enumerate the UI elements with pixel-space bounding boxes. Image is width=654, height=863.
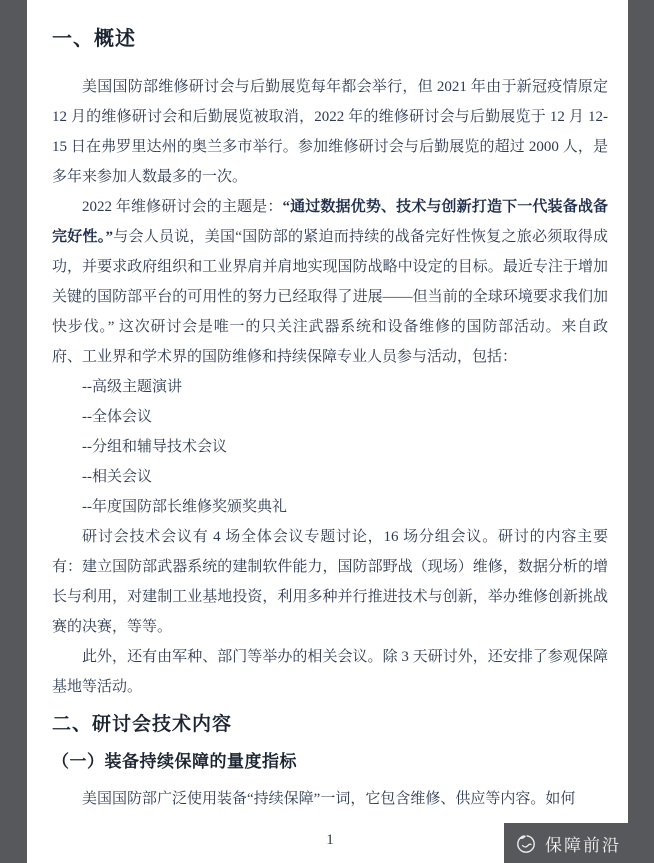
- section-heading-overview: 一、概述: [52, 26, 608, 52]
- paragraph-intro: 美国国防部维修研讨会与后勤展览每年都会举行，但 2021 年由于新冠疫情原定 1…: [52, 72, 608, 192]
- list-item-award: --年度国防部长维修奖颁奖典礼: [52, 492, 608, 522]
- paragraph-theme: 2022 年维修研讨会的主题是：“通过数据优势、技术与创新打造下一代装备战备完好…: [52, 192, 608, 372]
- list-item-related: --相关会议: [52, 462, 608, 492]
- brand-name: 保障前沿: [545, 831, 621, 856]
- list-item-breakout: --分组和辅导技术会议: [52, 432, 608, 462]
- brand-watermark: 保障前沿: [504, 823, 654, 863]
- right-gutter: [628, 0, 654, 863]
- article-screenshot: 一、概述 美国国防部维修研讨会与后勤展览每年都会举行，但 2021 年由于新冠疫…: [0, 0, 654, 863]
- paragraph-other-meetings: 此外，还有由军种、部门等举办的相关会议。除 3 天研讨外，还安排了参观保障基地等…: [52, 642, 608, 702]
- section-heading-technical: 二、研讨会技术内容: [52, 712, 608, 738]
- subsection-heading-metrics: （一）装备持续保障的量度指标: [52, 750, 608, 774]
- left-gutter: [0, 0, 27, 863]
- document-page: 一、概述 美国国防部维修研讨会与后勤展览每年都会举行，但 2021 年由于新冠疫…: [27, 0, 628, 863]
- paragraph-theme-prefix: 2022 年维修研讨会的主题是：: [82, 199, 282, 215]
- list-item-keynote: --高级主题演讲: [52, 372, 608, 402]
- list-item-plenary: --全体会议: [52, 402, 608, 432]
- paragraph-sessions: 研讨会技术会议有 4 场全体会议专题讨论，16 场分组会议。研讨的内容主要有：建…: [52, 522, 608, 642]
- paragraph-theme-rest: 与会人员说，美国“国防部的紧迫而持续的战备完好性恢复之旅必须取得成功，并要求政府…: [52, 229, 608, 365]
- paragraph-sustainment: 美国国防部广泛使用装备“持续保障”一词，它包含维修、供应等内容。如何: [52, 784, 608, 814]
- brand-circle-logo-icon: [514, 831, 538, 855]
